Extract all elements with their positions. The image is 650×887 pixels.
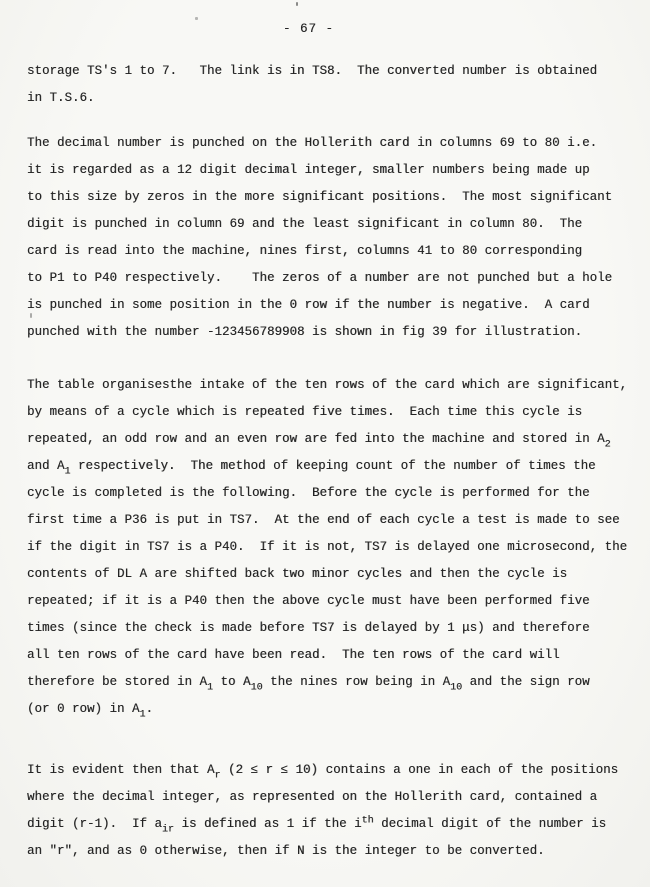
text-line: an "r", and as 0 otherwise, then if N is… — [27, 838, 642, 865]
text-line: and A1 respectively. The method of keepi… — [27, 453, 642, 480]
text-line: It is evident then that Ar (2 ≤ r ≤ 10) … — [27, 757, 642, 784]
text-line: it is regarded as a 12 digit decimal int… — [27, 157, 642, 184]
text-line: by means of a cycle which is repeated fi… — [27, 399, 642, 426]
paragraph: It is evident then that Ar (2 ≤ r ≤ 10) … — [27, 757, 642, 865]
text-line: (or 0 row) in A1. — [27, 696, 642, 723]
text-line: storage TS's 1 to 7. The link is in TS8.… — [27, 58, 642, 85]
text-line: to P1 to P40 respectively. The zeros of … — [27, 265, 642, 292]
text-line: cycle is completed is the following. Bef… — [27, 480, 642, 507]
text-line: to this size by zeros in the more signif… — [27, 184, 642, 211]
paragraph: The decimal number is punched on the Hol… — [27, 130, 642, 346]
text-line: is punched in some position in the 0 row… — [27, 292, 642, 319]
text-line: digit (r-1). If air is defined as 1 if t… — [27, 811, 642, 838]
text-line: digit is punched in column 69 and the le… — [27, 211, 642, 238]
text-line: where the decimal integer, as represente… — [27, 784, 642, 811]
text-line: contents of DL A are shifted back two mi… — [27, 561, 642, 588]
page-body: storage TS's 1 to 7. The link is in TS8.… — [27, 58, 642, 865]
text-line: punched with the number -123456789908 is… — [27, 319, 642, 346]
page-number: - 67 - — [283, 22, 334, 36]
text-line: all ten rows of the card have been read.… — [27, 642, 642, 669]
text-line: in T.S.6. — [27, 85, 642, 112]
text-line: card is read into the machine, nines fir… — [27, 238, 642, 265]
text-line: times (since the check is made before TS… — [27, 615, 642, 642]
text-line: repeated; if it is a P40 then the above … — [27, 588, 642, 615]
paragraph: The table organisesthe intake of the ten… — [27, 372, 642, 723]
text-line: if the digit in TS7 is a P40. If it is n… — [27, 534, 642, 561]
text-line: repeated, an odd row and an even row are… — [27, 426, 642, 453]
scan-speck — [195, 17, 198, 20]
text-line: first time a P36 is put in TS7. At the e… — [27, 507, 642, 534]
text-line: The decimal number is punched on the Hol… — [27, 130, 642, 157]
paragraph: storage TS's 1 to 7. The link is in TS8.… — [27, 58, 642, 112]
text-line: The table organisesthe intake of the ten… — [27, 372, 642, 399]
text-line: therefore be stored in A1 to A10 the nin… — [27, 669, 642, 696]
document-page: - 67 - storage TS's 1 to 7. The link is … — [0, 0, 650, 887]
scan-speck — [296, 2, 298, 6]
